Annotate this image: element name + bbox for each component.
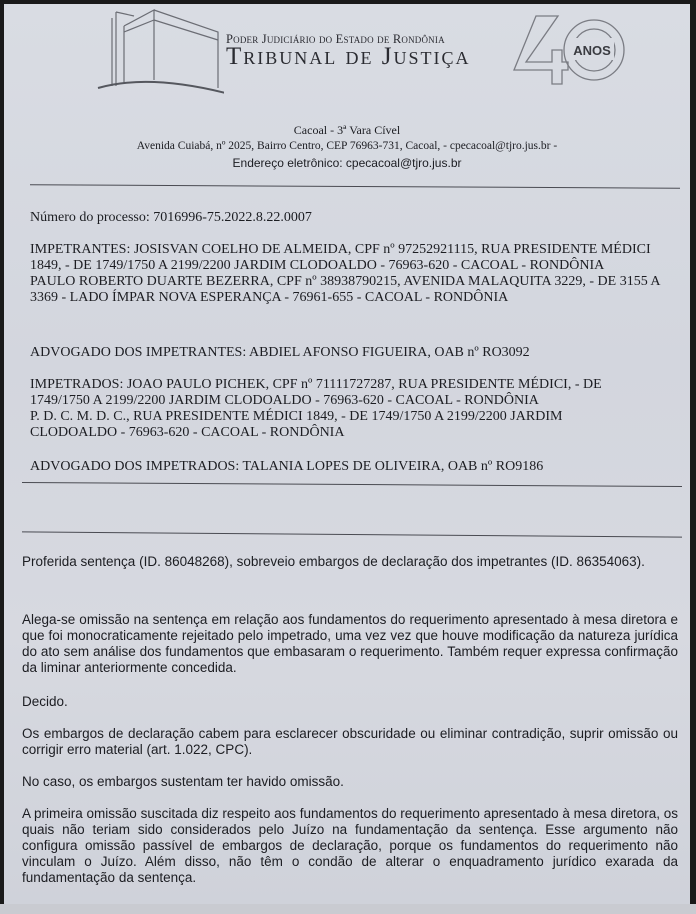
impetrantes-1: IMPETRANTES: JOSISVAN COELHO DE ALMEIDA,… [30,242,660,274]
advogado-impetrantes: ADVOGADO DOS IMPETRANTES: ABDIEL AFONSO … [30,345,660,361]
case-defendants: IMPETRADOS: JOAO PAULO PICHEK, CPF nº 71… [30,377,650,441]
process-number: Número do processo: 7016996-75.2022.8.22… [30,210,660,226]
case-parties: IMPETRANTES: JOSISVAN COELHO DE ALMEIDA,… [30,242,660,306]
court-address: Cacoal - 3ª Vara Cível Avenida Cuiabá, n… [4,122,690,172]
paragraph-4: Os embargos de declaração cabem para esc… [22,726,678,758]
impetrantes-2: PAULO ROBERTO DUARTE BEZERRA, CPF nº 389… [30,274,660,306]
paragraph-6: A primeira omissão suscitada diz respeit… [22,806,678,886]
paragraph-3: Decido. [22,694,678,710]
divider [30,184,680,188]
court-building-logo-icon [94,6,224,96]
letterhead: Poder Judiciário do Estado de Rondônia T… [4,4,690,104]
header-title: Tribunal de Justiça [226,43,471,71]
anniversary-label: ANOS [573,43,611,58]
court-name: Cacoal - 3ª Vara Cível [4,122,690,138]
document-page: Poder Judiciário do Estado de Rondônia T… [4,4,690,904]
divider [22,482,682,487]
advogado-impetrados: ADVOGADO DOS IMPETRADOS: TALANIA LOPES D… [30,459,660,475]
bottom-strip [0,904,696,914]
court-street-address: Avenida Cuiabá, nº 2025, Bairro Centro, … [4,138,690,154]
paragraph-2: Alega-se omissão na sentença em relação … [22,612,678,676]
court-email: Endereço eletrônico: cpecacoal@tjro.jus.… [4,154,690,172]
impetrados-2: P. D. C. M. D. C., RUA PRESIDENTE MÉDICI… [30,409,650,441]
paragraph-1: Proferida sentença (ID. 86048268), sobre… [22,554,678,570]
paragraph-5: No caso, os embargos sustentam ter havid… [22,774,678,790]
anniversary-40-logo-icon: ANOS [506,12,631,92]
divider [22,531,682,537]
impetrados-1: IMPETRADOS: JOAO PAULO PICHEK, CPF nº 71… [30,377,650,409]
